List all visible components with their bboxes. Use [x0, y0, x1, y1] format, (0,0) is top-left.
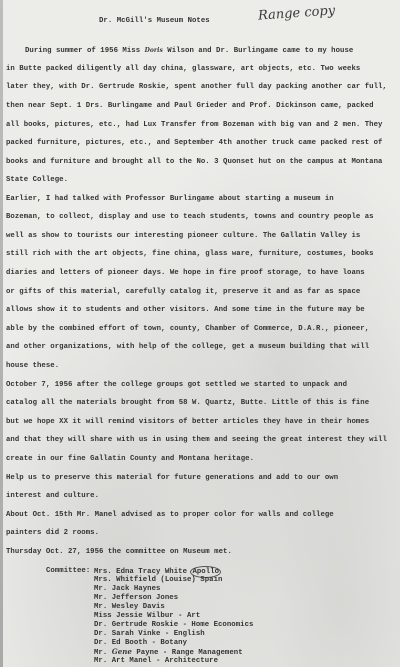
text-line: painters did 2 rooms. [6, 528, 99, 538]
text-line: books and furniture and brought all to t… [6, 157, 382, 167]
document-page: Dr. McGill's Museum Notes Range copy Dur… [0, 0, 400, 667]
text-span: During summer of 1956 Miss [25, 47, 145, 55]
text-line: allows show it to students and other vis… [6, 305, 365, 315]
page-edge-shadow [0, 0, 3, 667]
text-span: Wilson and Dr. Burlingame came to my hou… [163, 47, 353, 55]
text-line: About Oct. 15th Mr. Manel advised as to … [6, 510, 334, 520]
text-line: all books, pictures, etc., had Lux Trans… [6, 120, 382, 130]
text-line: and that they will share with us in usin… [6, 435, 387, 445]
text-line: October 7, 1956 after the college groups… [6, 380, 347, 390]
handwritten-insert: Gene [112, 647, 132, 656]
text-line: Earlier, I had talked with Professor Bur… [6, 194, 334, 204]
text-line: State College. [6, 175, 68, 185]
text-line: create in our fine Gallatin County and M… [6, 454, 254, 464]
text-line: Thursday Oct. 27, 1956 the committee on … [6, 547, 232, 557]
document-title: Dr. McGill's Museum Notes [99, 16, 210, 26]
text-line: Bozeman, to collect, display and use to … [6, 212, 374, 222]
text-line: well as show to tourists our interesting… [6, 231, 360, 241]
text-line: During summer of 1956 Miss Doris Wilson … [25, 46, 353, 56]
handwritten-annotation: Range copy [258, 3, 336, 23]
text-line: house these. [6, 361, 59, 371]
handwritten-insert: Doris [145, 47, 163, 54]
text-line: Help us to preserve this material for fu… [6, 473, 338, 483]
text-line: still rich with the art objects, fine ch… [6, 249, 374, 259]
text-line: then near Sept. 1 Drs. Burlingame and Pa… [6, 101, 374, 111]
text-line: in Butte packed diligently all day china… [6, 64, 360, 74]
text-line: catalog all the materials brought from 5… [6, 398, 369, 408]
text-line: diaries and letters of pioneer days. We … [6, 268, 365, 278]
text-line: or gifts of this material, carefully cat… [6, 287, 360, 297]
text-line: and other organizations, with help of th… [6, 342, 369, 352]
text-span: Spain [196, 576, 223, 584]
text-line: interest and culture. [6, 491, 99, 501]
text-line: later they, with Dr. Gertrude Roskie, sp… [6, 82, 387, 92]
text-line: but we hope XX it will remind visitors o… [6, 417, 369, 427]
committee-member: Mr. Art Manel - Architecture [94, 656, 218, 666]
text-span: Mrs. Whitfield (Louise) [94, 576, 196, 584]
committee-label: Committee: [46, 566, 90, 576]
text-line: able by the combined effort of town, cou… [6, 324, 369, 334]
text-line: packed furniture, pictures, etc., and Se… [6, 138, 382, 148]
